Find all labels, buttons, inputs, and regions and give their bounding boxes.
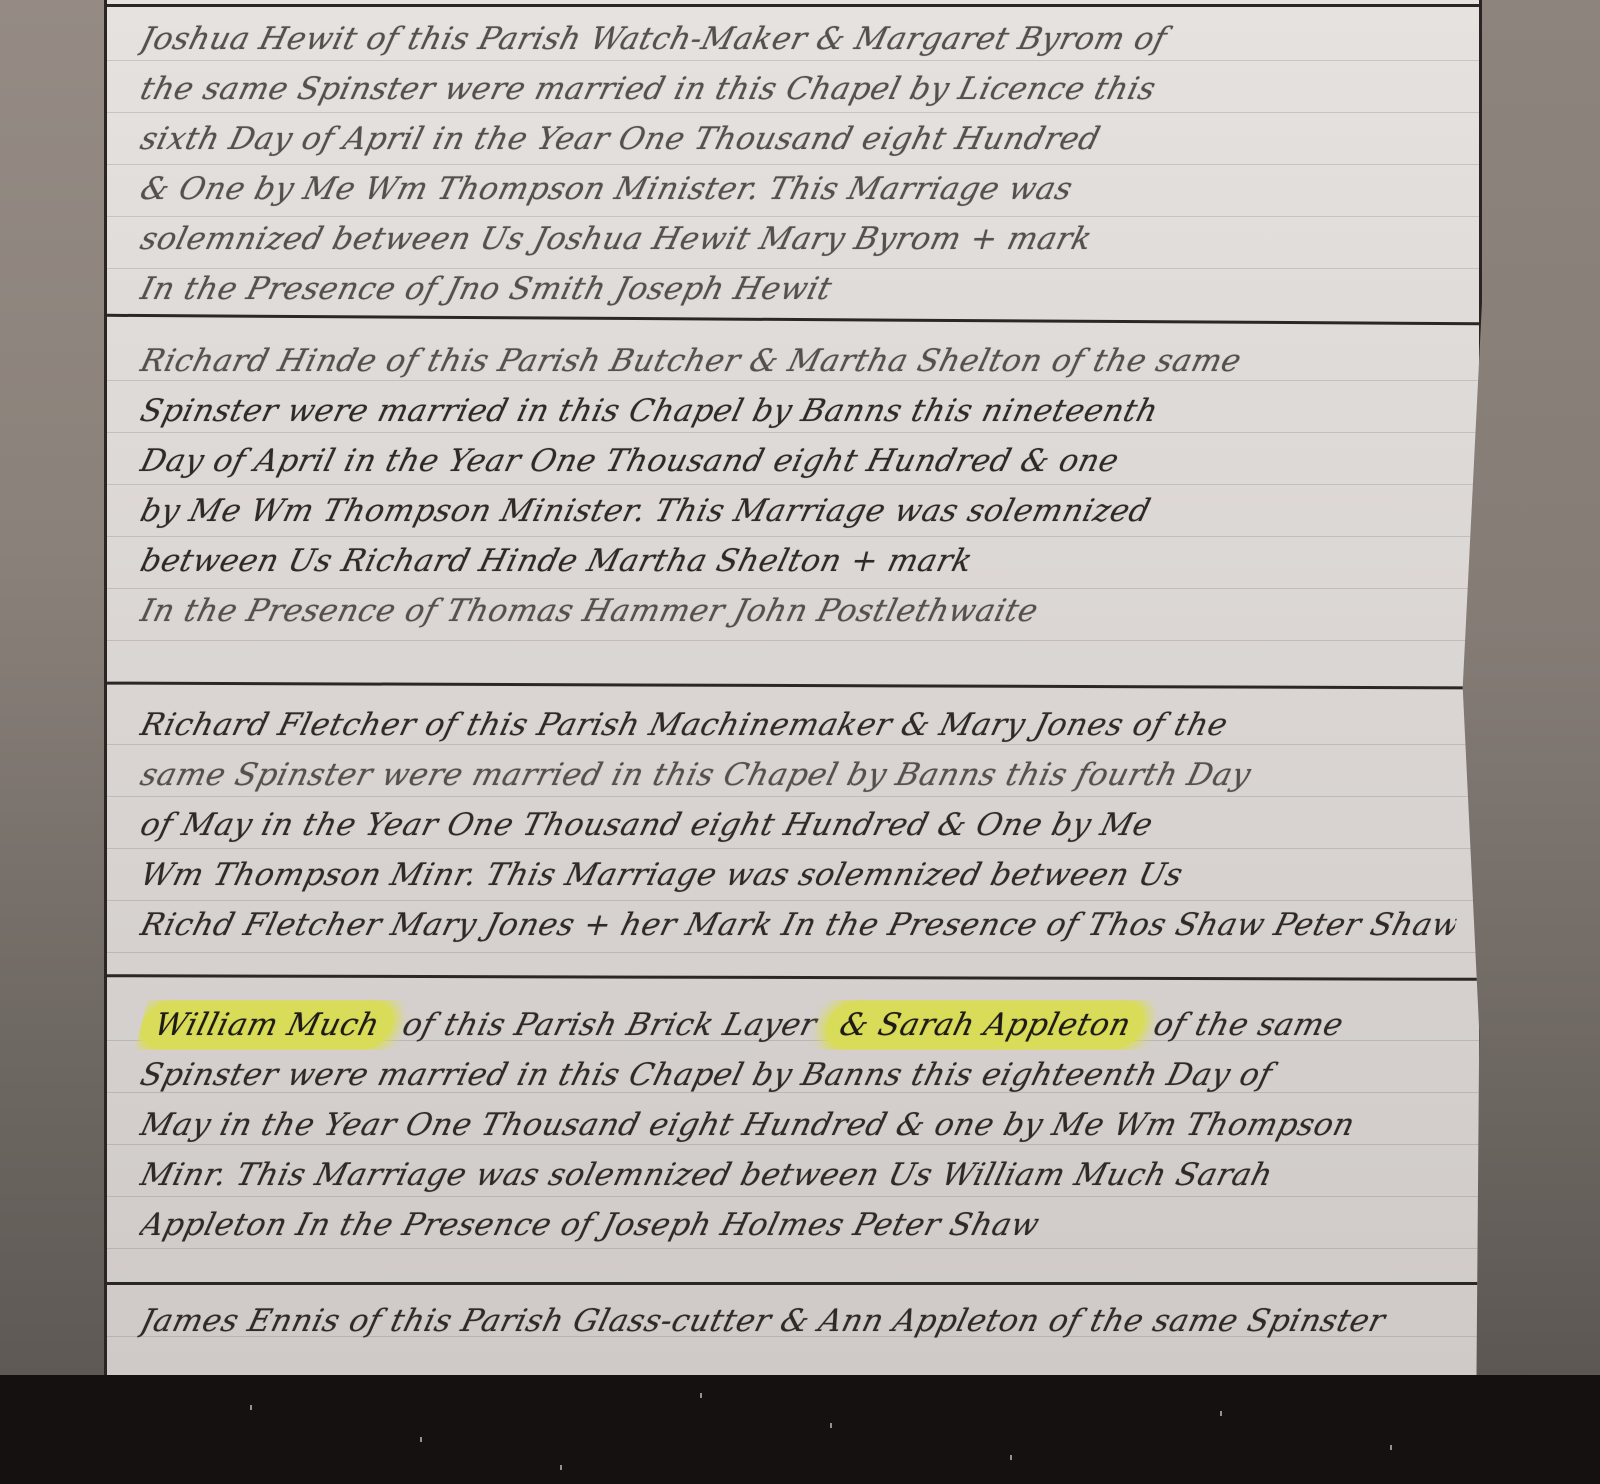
entry-line: Appleton In the Presence of Joseph Holme… — [135, 1200, 1461, 1250]
entry-line: between Us Richard Hinde Martha Shelton … — [135, 536, 1461, 586]
marriage-entry-5-partial: James Ennis of this Parish Glass-cutter … — [135, 1296, 1449, 1346]
entry-line-first: William Much of this Parish Brick Layer … — [135, 1000, 1461, 1050]
highlighted-groom-name: William Much — [135, 1001, 399, 1049]
marriage-entry-4: William Much of this Parish Brick Layer … — [135, 1000, 1449, 1250]
ruled-line — [107, 640, 1479, 641]
entry-line: the same Spinster were married in this C… — [135, 64, 1461, 114]
dust-speck — [700, 1393, 702, 1398]
ruled-line — [107, 952, 1479, 953]
entry-line: sixth Day of April in the Year One Thous… — [135, 114, 1461, 164]
dust-speck — [560, 1465, 562, 1470]
dust-speck — [830, 1423, 832, 1428]
entry-line: Spinster were married in this Chapel by … — [135, 386, 1461, 436]
register-page: Joshua Hewit of this Parish Watch-Maker … — [104, 0, 1482, 1375]
entry-line: solemnized between Us Joshua Hewit Mary … — [135, 214, 1461, 264]
dust-speck — [1220, 1411, 1222, 1416]
entry-line: In the Presence of Jno Smith Joseph Hewi… — [135, 264, 1461, 314]
entry-separator — [107, 974, 1479, 981]
scan-bottom-band — [0, 1375, 1600, 1484]
entry-line: by Me Wm Thompson Minister. This Marriag… — [135, 486, 1461, 536]
dust-speck — [1390, 1445, 1392, 1450]
dust-speck — [420, 1437, 422, 1442]
occupation-text: of this Parish Brick Layer — [388, 1007, 830, 1043]
entry-line: Spinster were married in this Chapel by … — [135, 1050, 1461, 1100]
entry-line: Richd Fletcher Mary Jones + her Mark In … — [135, 900, 1461, 950]
marriage-entry-3: Richard Fletcher of this Parish Machinem… — [135, 700, 1449, 950]
dust-speck — [250, 1405, 252, 1410]
entry-line: same Spinster were married in this Chape… — [135, 750, 1461, 800]
dust-speck — [1010, 1455, 1012, 1460]
entry-separator — [107, 1282, 1479, 1285]
entry-line: Joshua Hewit of this Parish Watch-Maker … — [135, 14, 1461, 64]
marriage-entry-2: Richard Hinde of this Parish Butcher & M… — [135, 336, 1449, 636]
highlighted-bride-name: & Sarah Appleton — [820, 1001, 1150, 1049]
entry-line: & One by Me Wm Thompson Minister. This M… — [135, 164, 1461, 214]
entry-line: In the Presence of Thomas Hammer John Po… — [135, 586, 1461, 636]
entry-line: Day of April in the Year One Thousand ei… — [135, 436, 1461, 486]
entry-separator — [107, 4, 1479, 7]
entry-line: Richard Hinde of this Parish Butcher & M… — [135, 336, 1461, 386]
entry-line: of May in the Year One Thousand eight Hu… — [135, 800, 1461, 850]
marriage-entry-1: Joshua Hewit of this Parish Watch-Maker … — [135, 14, 1449, 314]
entry-separator — [107, 314, 1479, 325]
entry-line: Richard Fletcher of this Parish Machinem… — [135, 700, 1461, 750]
entry-line: James Ennis of this Parish Glass-cutter … — [135, 1296, 1461, 1346]
entry-separator — [107, 682, 1479, 690]
scan-backdrop-left — [0, 0, 108, 1375]
entry-text: of the same — [1140, 1007, 1348, 1043]
entry-line: Minr. This Marriage was solemnized betwe… — [135, 1150, 1461, 1200]
entry-line: May in the Year One Thousand eight Hundr… — [135, 1100, 1461, 1150]
entry-line: Wm Thompson Minr. This Marriage was sole… — [135, 850, 1461, 900]
